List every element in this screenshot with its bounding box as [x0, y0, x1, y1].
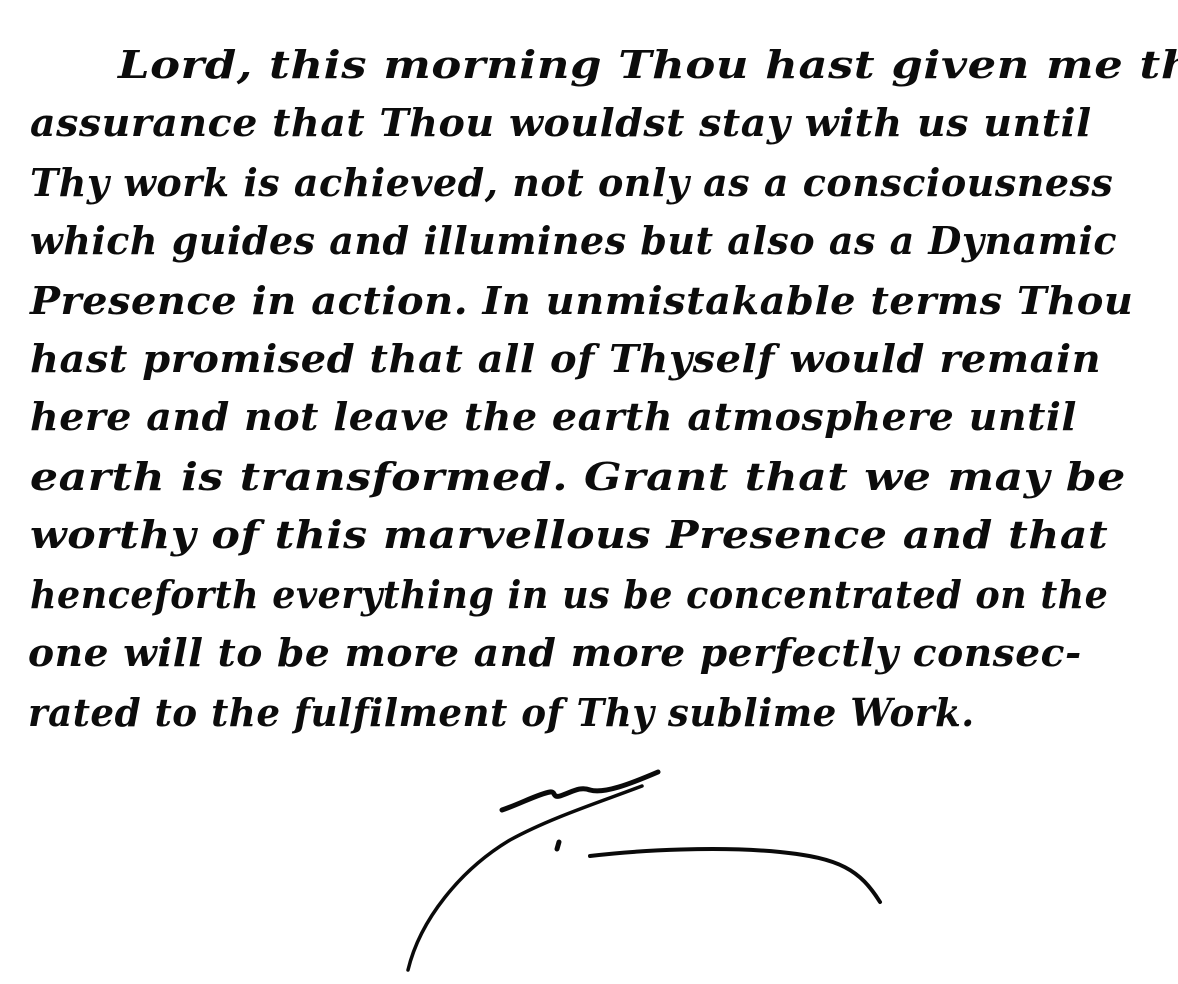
text-line-8: earth is transformed. Grant that we may …: [30, 454, 1126, 499]
text-line-12: rated to the fulfilment of Thy sublime W…: [28, 690, 975, 735]
text-line-6: hast promised that all of Thyself would …: [30, 336, 1101, 381]
text-line-7: here and not leave the earth atmosphere …: [30, 394, 1077, 439]
text-line-3: Thy work is achieved, not only as a cons…: [30, 160, 1113, 205]
text-line-10: henceforth everything in us be concentra…: [30, 572, 1108, 617]
text-line-4: which guides and illumines but also as a…: [30, 218, 1117, 263]
text-line-9: worthy of this marvellous Presence and t…: [30, 512, 1108, 557]
handwritten-page: Lord, this morning Thou hast given me th…: [0, 0, 1178, 984]
text-line-5: Presence in action. In unmistakable term…: [30, 278, 1133, 323]
text-line-2: assurance that Thou wouldst stay with us…: [30, 100, 1092, 145]
text-line-11: one will to be more and more perfectly c…: [28, 630, 1082, 675]
text-line-1: Lord, this morning Thou hast given me th…: [118, 42, 1178, 87]
signature: [380, 760, 1120, 984]
